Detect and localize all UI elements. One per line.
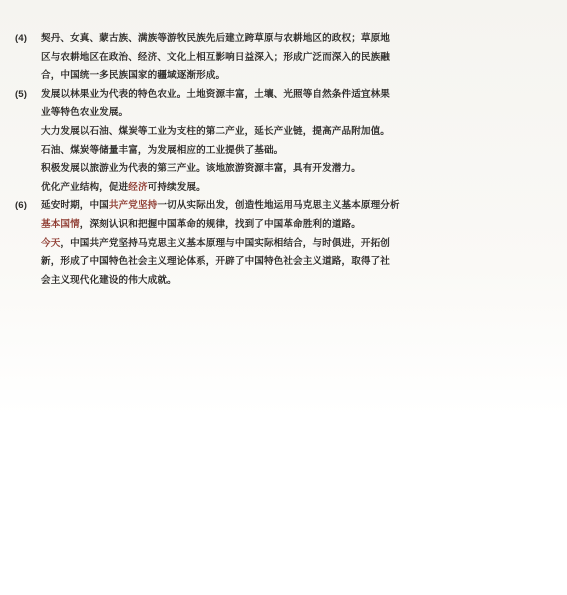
- section-label: (6): [15, 197, 27, 216]
- text-line: 积极发展以旅游业为代表的第三产业。该地旅游资源丰富，具有开发潜力。: [0, 160, 567, 179]
- body-text: 合，中国统一多民族国家的疆域逐渐形成。: [41, 70, 225, 81]
- section-label: (5): [15, 86, 27, 105]
- body-text: 区与农耕地区在政治、经济、文化上相互影响日益深入；形成广泛而深入的民族融: [41, 52, 390, 63]
- section-label: (4): [15, 30, 27, 49]
- body-text: ，深刻认识和把握中国革命的规律，找到了中国革命胜利的道路。: [80, 219, 361, 230]
- body-text: 一切从实际出发，创造性地运用马克思主义基本原理分析: [157, 200, 399, 211]
- body-text: 业等特色农业发展。: [41, 107, 128, 118]
- body-text: 可持续发展。: [148, 182, 206, 193]
- highlighted-text: 共产党坚持: [109, 200, 157, 211]
- text-line: 石油、煤炭等储量丰富，为发展相应的工业提供了基础。: [0, 142, 567, 161]
- text-line: 今天，中国共产党坚持马克思主义基本原理与中国实际相结合，与时俱进，开拓创: [0, 235, 567, 254]
- text-line: 新，形成了中国特色社会主义理论体系，开辟了中国特色社会主义道路，取得了社: [0, 253, 567, 272]
- document-page: (4)契丹、女真、蒙古族、满族等游牧民族先后建立跨草原与农耕地区的政权；草原地区…: [0, 0, 567, 595]
- highlighted-text: 基本国情: [41, 219, 80, 230]
- body-text: 石油、煤炭等储量丰富，为发展相应的工业提供了基础。: [41, 145, 283, 156]
- body-text: 新，形成了中国特色社会主义理论体系，开辟了中国特色社会主义道路，取得了社: [41, 256, 390, 267]
- highlighted-text: 今天: [41, 238, 60, 249]
- text-line: 区与农耕地区在政治、经济、文化上相互影响日益深入；形成广泛而深入的民族融: [0, 49, 567, 68]
- body-text: 优化产业结构，促进: [41, 182, 128, 193]
- answer-text-block: (4)契丹、女真、蒙古族、满族等游牧民族先后建立跨草原与农耕地区的政权；草原地区…: [0, 30, 567, 290]
- body-text: 发展以林果业为代表的特色农业。土地资源丰富，土壤、光照等自然条件适宜林果: [41, 89, 390, 100]
- highlighted-text: 经济: [128, 182, 147, 193]
- text-line: 合，中国统一多民族国家的疆域逐渐形成。: [0, 67, 567, 86]
- text-line: 优化产业结构，促进经济可持续发展。: [0, 179, 567, 198]
- text-line: 大力发展以石油、煤炭等工业为支柱的第二产业，延长产业链，提高产品附加值。: [0, 123, 567, 142]
- text-line: (6)延安时期，中国共产党坚持一切从实际出发，创造性地运用马克思主义基本原理分析: [0, 197, 567, 216]
- body-text: 积极发展以旅游业为代表的第三产业。该地旅游资源丰富，具有开发潜力。: [41, 163, 361, 174]
- body-text: 大力发展以石油、煤炭等工业为支柱的第二产业，延长产业链，提高产品附加值。: [41, 126, 390, 137]
- body-text: 会主义现代化建设的伟大成就。: [41, 275, 177, 286]
- body-text: ，中国共产党坚持马克思主义基本原理与中国实际相结合，与时俱进，开拓创: [60, 238, 390, 249]
- text-line: (5)发展以林果业为代表的特色农业。土地资源丰富，土壤、光照等自然条件适宜林果: [0, 86, 567, 105]
- text-line: 基本国情，深刻认识和把握中国革命的规律，找到了中国革命胜利的道路。: [0, 216, 567, 235]
- body-text: 契丹、女真、蒙古族、满族等游牧民族先后建立跨草原与农耕地区的政权；草原地: [41, 33, 390, 44]
- text-line: 业等特色农业发展。: [0, 104, 567, 123]
- body-text: 延安时期，中国: [41, 200, 109, 211]
- text-line: (4)契丹、女真、蒙古族、满族等游牧民族先后建立跨草原与农耕地区的政权；草原地: [0, 30, 567, 49]
- text-line: 会主义现代化建设的伟大成就。: [0, 272, 567, 291]
